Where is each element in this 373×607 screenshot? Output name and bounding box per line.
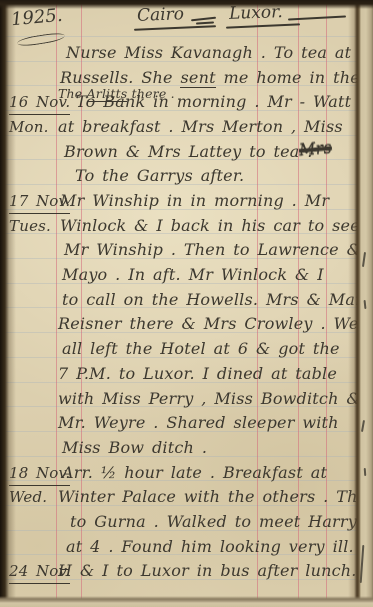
line-text: 7 P.M. to Luxor. I dined at table	[58, 362, 337, 386]
line-text: to call on the Howells. Mrs & Mary	[62, 288, 372, 312]
diary-line: Reisner there & Mrs Crowley . We	[0, 312, 368, 336]
page-edge-top	[0, 0, 373, 9]
diary-line: with Miss Perry , Miss Bowditch &	[0, 387, 368, 411]
diary-line: to call on the Howells. Mrs & Mary	[0, 288, 368, 312]
struck-out-word: Mrs	[298, 135, 333, 162]
underlined-word: Arlitts	[87, 86, 128, 102]
line-text: Winter Palace with the others . Then	[58, 485, 373, 509]
line-text: Mr. Weyre . Shared sleeper with	[58, 411, 339, 435]
line-text: to Gurna . Walked to meet Harry	[70, 510, 357, 534]
line-text: with Miss Perry , Miss Bowditch &	[58, 387, 361, 411]
diary-line: all left the Hotel at 6 & got the	[0, 337, 368, 361]
diary-line: 7 P.M. to Luxor. I dined at table	[0, 362, 368, 386]
diary-line: Mr Winship . Then to Lawrence &	[0, 238, 368, 262]
line-text: at 4 . Found him looking very ill.	[66, 535, 354, 559]
diary-line: Mayo . In aft. Mr Winlock & I	[0, 263, 368, 287]
diary-line: Mon.at breakfast . Mrs Merton , Miss	[0, 115, 368, 139]
line-text: H & I to Luxor in bus after lunch.	[58, 559, 357, 583]
page-crease	[348, 0, 361, 607]
diary-line: to Gurna . Walked to meet Harry	[0, 510, 368, 534]
line-text: The	[58, 86, 87, 101]
line-text: Miss Bow ditch .	[62, 436, 207, 460]
adjacent-page-edge	[359, 0, 373, 607]
edge-ink-mark	[362, 252, 366, 267]
diary-line: at 4 . Found him looking very ill.	[0, 535, 368, 559]
edge-ink-mark	[364, 468, 367, 476]
page-edge-bottom	[0, 596, 373, 607]
line-text: all left the Hotel at 6 & got the	[62, 337, 340, 361]
line-text: Arr. ½ hour late . Breakfast at	[62, 461, 327, 485]
underlined-word: sent	[180, 68, 215, 88]
line-text: at breakfast . Mrs Merton , Miss	[58, 115, 343, 139]
diary-line: 24 Nov.H & I to Luxor in bus after lunch…	[0, 559, 368, 583]
line-text: Mr Winship in in morning . Mr	[60, 189, 329, 213]
diary-line: 16 Nov.To Bank in morning . Mr - Watt	[0, 90, 368, 114]
line-text: Mr Winship . Then to Lawrence &	[64, 238, 361, 262]
diary-page: 1925. Cairo Luxor. Nurse Miss Kavanagh .…	[0, 0, 373, 607]
diary-line: Miss Bow ditch .	[0, 436, 368, 460]
diary-line: Russells. She sent me home in the Car.	[0, 66, 368, 90]
line-text: Reisner there & Mrs Crowley . We	[58, 312, 359, 336]
line-text: Winlock & I back in his car to see	[60, 214, 360, 238]
interlinear-note: The Arlitts there .	[58, 87, 175, 101]
diary-line: Brown & Mrs Lattey to tea .Mrs	[0, 140, 368, 164]
diary-line: Tues.Winlock & I back in his car to see	[0, 214, 368, 238]
diary-line: Nurse Miss Kavanagh . To tea at the	[0, 41, 368, 65]
line-text: there .	[127, 86, 174, 101]
line-text: Russells. She	[60, 68, 180, 87]
diary-line: Mr. Weyre . Shared sleeper with	[0, 411, 368, 435]
line-text: Nurse Miss Kavanagh . To tea at the	[66, 41, 373, 65]
edge-ink-mark	[364, 300, 367, 309]
page-edge-left	[0, 0, 16, 607]
line-text: Brown & Mrs Lattey to tea .	[64, 140, 313, 164]
diary-line: To the Garrys after.	[0, 164, 368, 188]
diary-line: 18 Nov.Arr. ½ hour late . Breakfast at	[0, 461, 368, 485]
diary-line: Wed.Winter Palace with the others . Then	[0, 485, 368, 509]
line-text: To the Garrys after.	[75, 164, 244, 188]
edge-ink-mark	[361, 420, 365, 432]
diary-line: 17 Nov.Mr Winship in in morning . Mr	[0, 189, 368, 213]
line-text: Mayo . In aft. Mr Winlock & I	[62, 263, 324, 287]
